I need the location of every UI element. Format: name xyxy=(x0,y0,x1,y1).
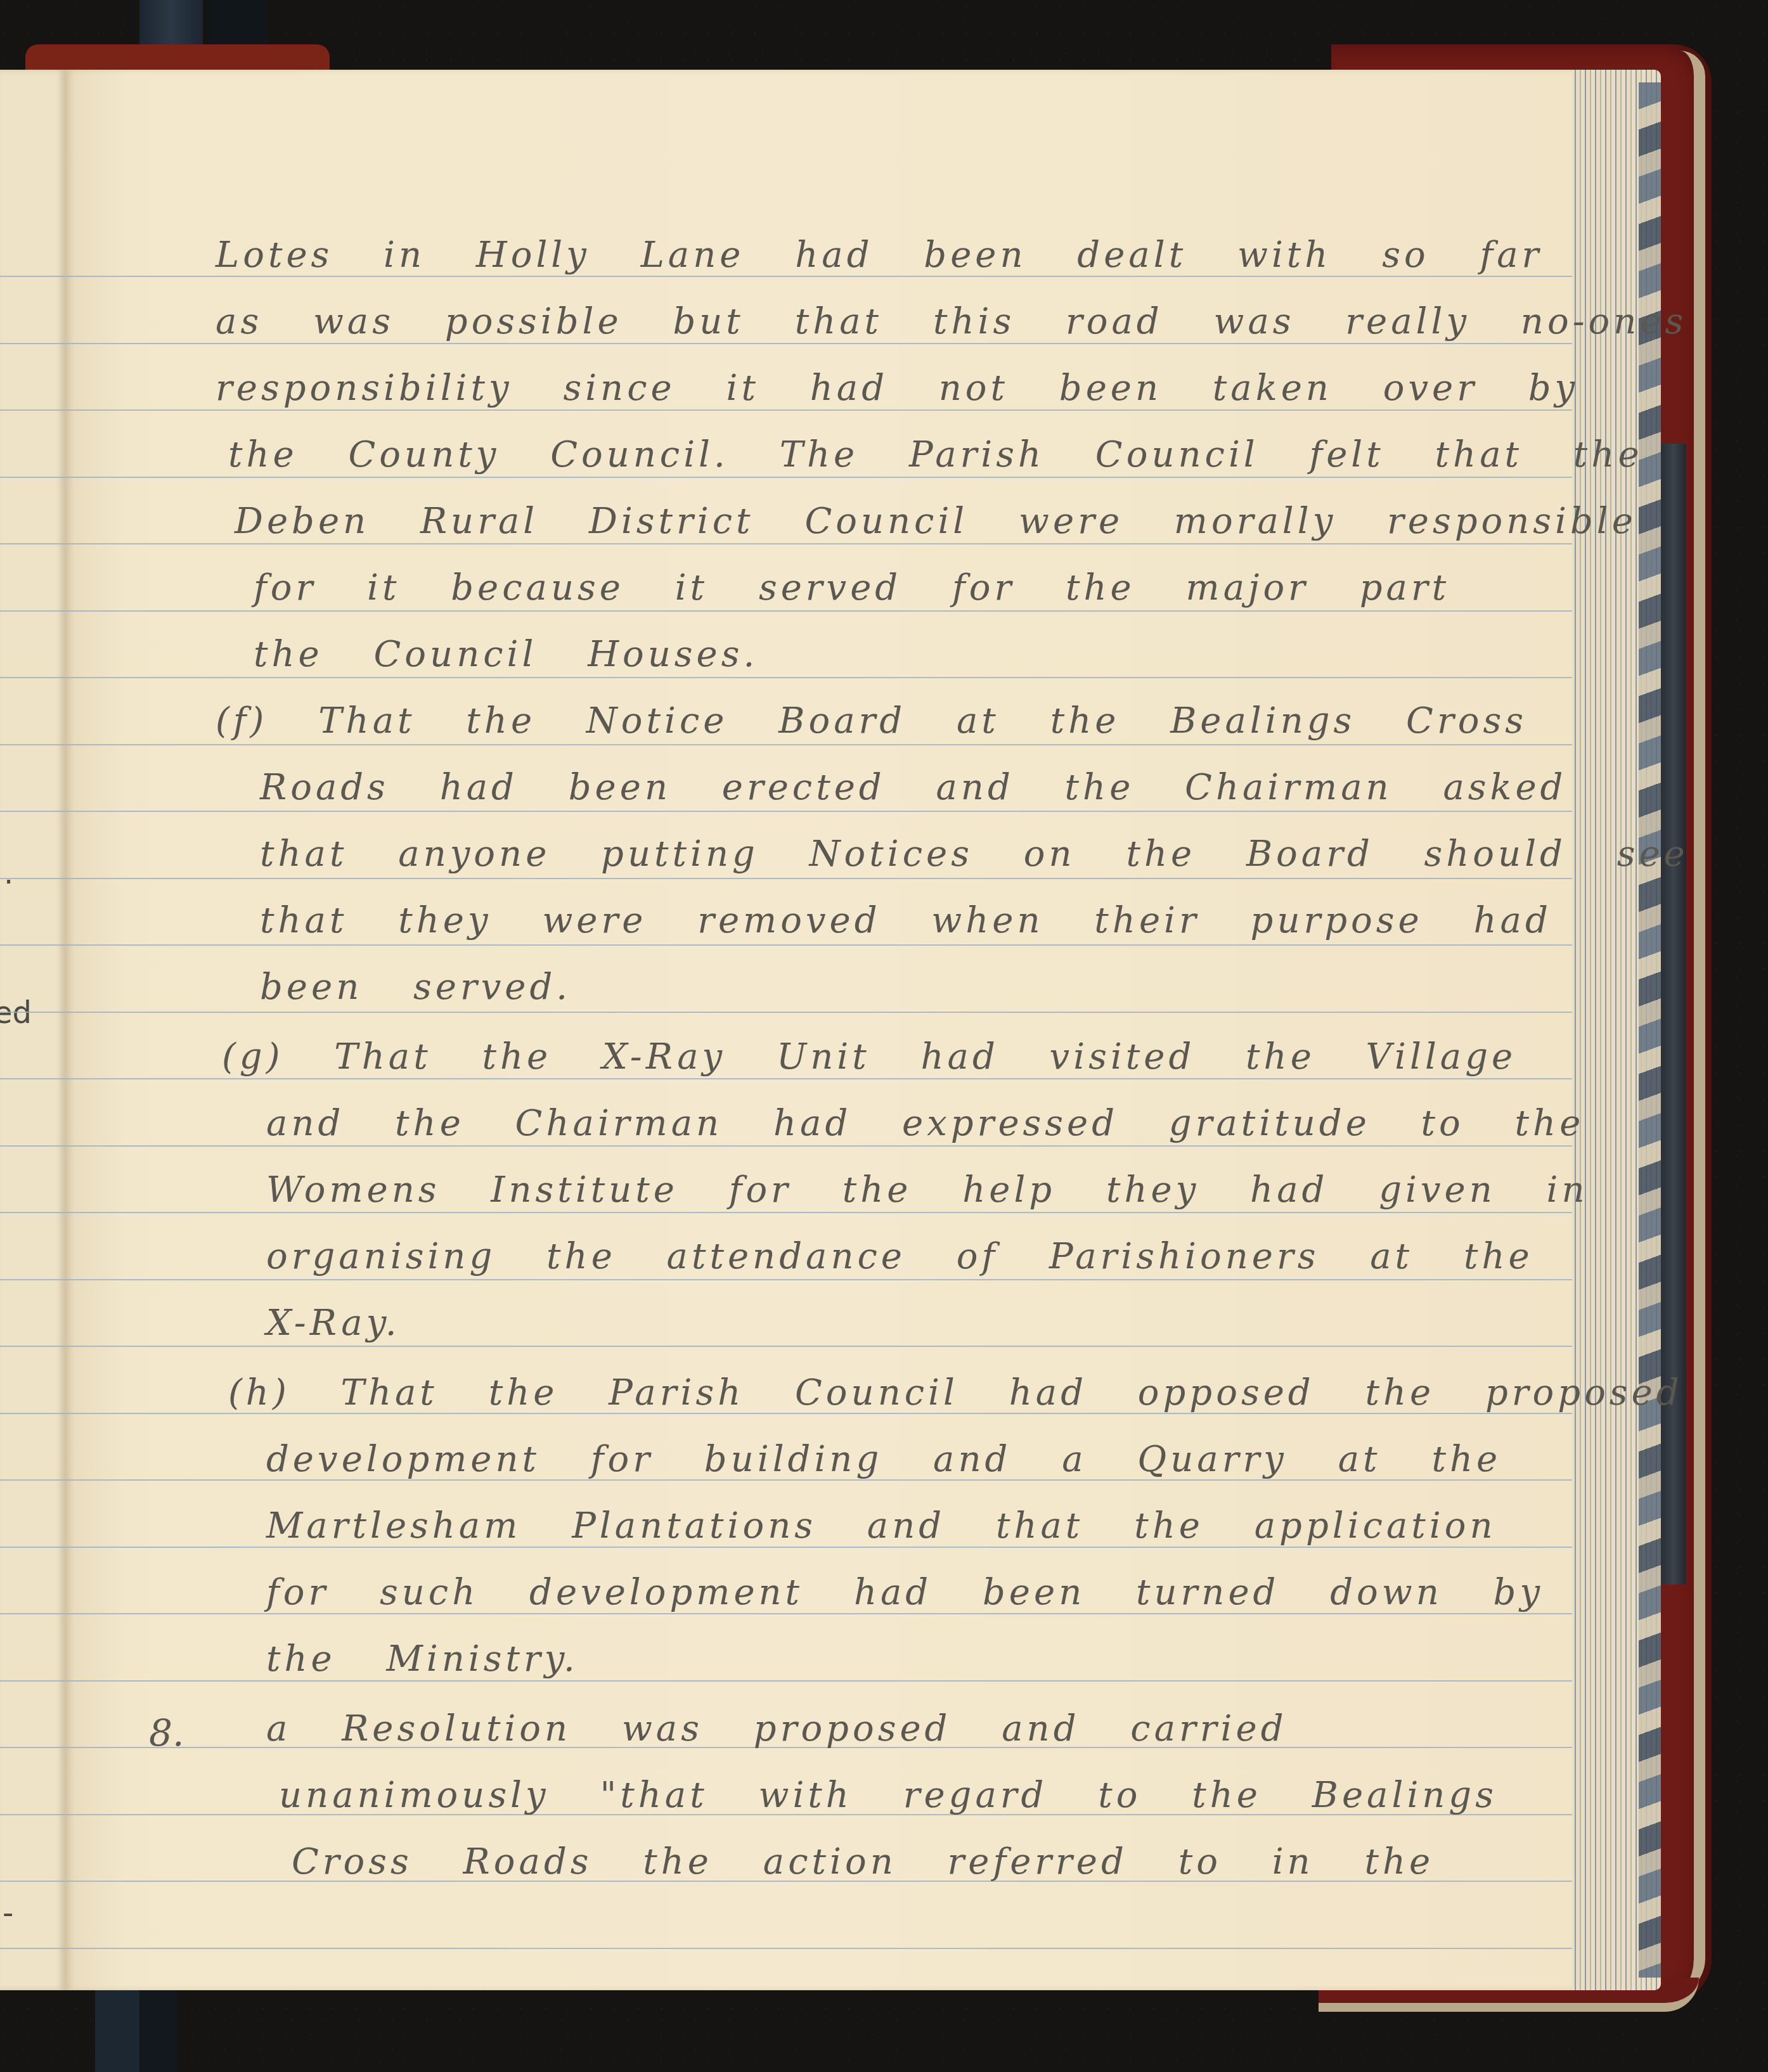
resolution-line: unanimously "that with regard to the Bea… xyxy=(279,1778,1497,1813)
ruled-line xyxy=(0,944,1572,946)
ruled-line xyxy=(0,1613,1572,1614)
binding-strap xyxy=(95,1990,139,2072)
ruled-line xyxy=(0,811,1572,812)
ruled-line xyxy=(0,878,1572,879)
ruled-line xyxy=(0,677,1572,678)
notebook-page xyxy=(65,70,1572,1990)
minute-line: the Council Houses. xyxy=(254,637,758,672)
ruled-line xyxy=(0,409,1572,411)
minute-line: X-Ray. xyxy=(266,1306,401,1341)
ruled-line xyxy=(0,1212,1572,1213)
ruled-line xyxy=(0,1279,1572,1280)
facing-page: . ed - xyxy=(0,70,65,1990)
minute-line: responsibility since it had not been tak… xyxy=(216,371,1578,406)
minute-item-g: (g) That the X-Ray Unit had visited the … xyxy=(222,1039,1516,1075)
minute-line: and the Chairman had expressed gratitude… xyxy=(266,1106,1584,1142)
ruled-line xyxy=(0,744,1572,745)
minute-line: as was possible but that this road was r… xyxy=(216,304,1687,340)
resolution-line: Cross Roads the action referred to in th… xyxy=(292,1844,1434,1880)
minute-line: development for building and a Quarry at… xyxy=(266,1442,1501,1477)
ruled-line xyxy=(0,343,1572,344)
ruled-line xyxy=(0,1145,1572,1147)
ruled-line xyxy=(0,1012,1572,1013)
marbled-fore-edge xyxy=(1639,82,1661,1978)
minute-line: the Ministry. xyxy=(266,1642,579,1677)
facing-page-mark: . xyxy=(4,856,13,891)
minute-line: the County Council. The Parish Council f… xyxy=(228,437,1643,473)
ruled-line xyxy=(0,1948,1572,1949)
minute-line: that anyone putting Notices on the Board… xyxy=(260,837,1689,872)
ruled-line xyxy=(0,1078,1572,1079)
ruled-line xyxy=(0,1547,1572,1548)
minute-line: Roads had been erected and the Chairman … xyxy=(260,770,1566,806)
ruled-line xyxy=(0,477,1572,478)
minute-item-h: (h) That the Parish Council had opposed … xyxy=(228,1375,1683,1411)
minute-line: been served. xyxy=(260,970,571,1005)
binding-strap xyxy=(139,1990,177,2072)
ruled-line xyxy=(0,610,1572,612)
item-number-8: 8. xyxy=(149,1711,184,1754)
minute-line: Womens Institute for the help they had g… xyxy=(266,1173,1589,1208)
minute-line: for such development had been turned dow… xyxy=(266,1575,1544,1611)
minute-line: Martlesham Plantations and that the appl… xyxy=(266,1509,1497,1544)
minute-line: that they were removed when their purpos… xyxy=(260,903,1552,939)
facing-page-mark: ed xyxy=(0,995,32,1031)
minute-line: for it because it served for the major p… xyxy=(254,570,1450,606)
minute-item-f: (f) That the Notice Board at the Bealing… xyxy=(216,704,1527,739)
resolution-line: a Resolution was proposed and carried xyxy=(266,1711,1287,1747)
ruled-line xyxy=(0,276,1572,277)
minute-line: organising the attendance of Parishioner… xyxy=(266,1239,1533,1275)
minute-line: Deben Rural District Council were morall… xyxy=(235,504,1637,539)
ruled-line xyxy=(0,1346,1572,1347)
ruled-line xyxy=(0,543,1572,544)
ruled-line xyxy=(0,1680,1572,1682)
facing-page-mark: - xyxy=(3,1895,13,1931)
minute-line: Lotes in Holly Lane had been dealt with … xyxy=(216,238,1542,273)
